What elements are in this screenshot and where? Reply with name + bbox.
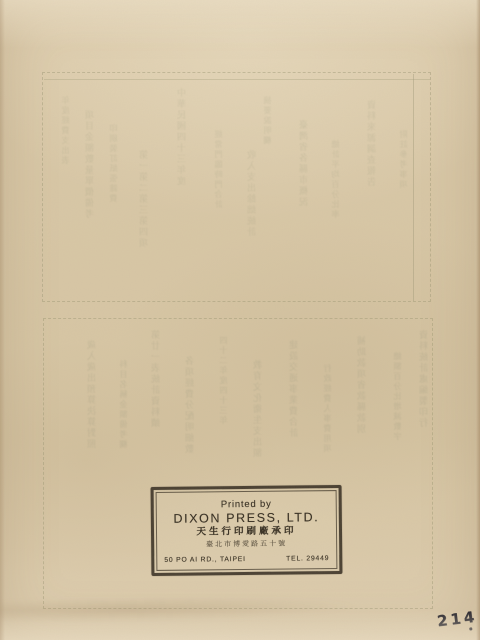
paper-bottom-highlight [0,610,480,640]
stamp-company-name: DIXON PRESS, LTD. [173,510,319,526]
printer-stamp: Printed by DIXON PRESS, LTD. 天生行印刷廠承印 臺北… [151,485,343,576]
paper-left-edge-shade [0,0,5,640]
paper-right-edge-shade [476,0,480,640]
stamp-printed-by-label: Printed by [221,499,272,511]
printer-stamp-inner-border: Printed by DIXON PRESS, LTD. 天生行印刷廠承印 臺北… [156,490,338,571]
stamp-telephone: TEL. 29449 [286,555,329,562]
scanned-page: 年度經費支出表 項目金額數量單價備考 印刷裝訂紙張雜費 第一第二第三第四項 中華… [0,0,480,640]
stamp-address-english: 50 PO AI RD., TAIPEI [164,556,246,564]
stamp-contact-row: 50 PO AI RD., TAIPEI TEL. 29449 [164,555,329,564]
page-number-dot [469,627,472,630]
stamp-company-name-chinese: 天生行印刷廠承印 [196,525,296,538]
page-number-digits: 214 [436,608,478,631]
bleedthrough-table-top [42,72,431,302]
bleedthrough-header-rule [44,79,430,80]
paper-top-highlight [0,0,480,48]
handwritten-page-number: 214 [436,608,478,631]
bleedthrough-column-rule [413,74,414,301]
stamp-address-chinese: 臺北市博愛路五十號 [206,539,287,550]
